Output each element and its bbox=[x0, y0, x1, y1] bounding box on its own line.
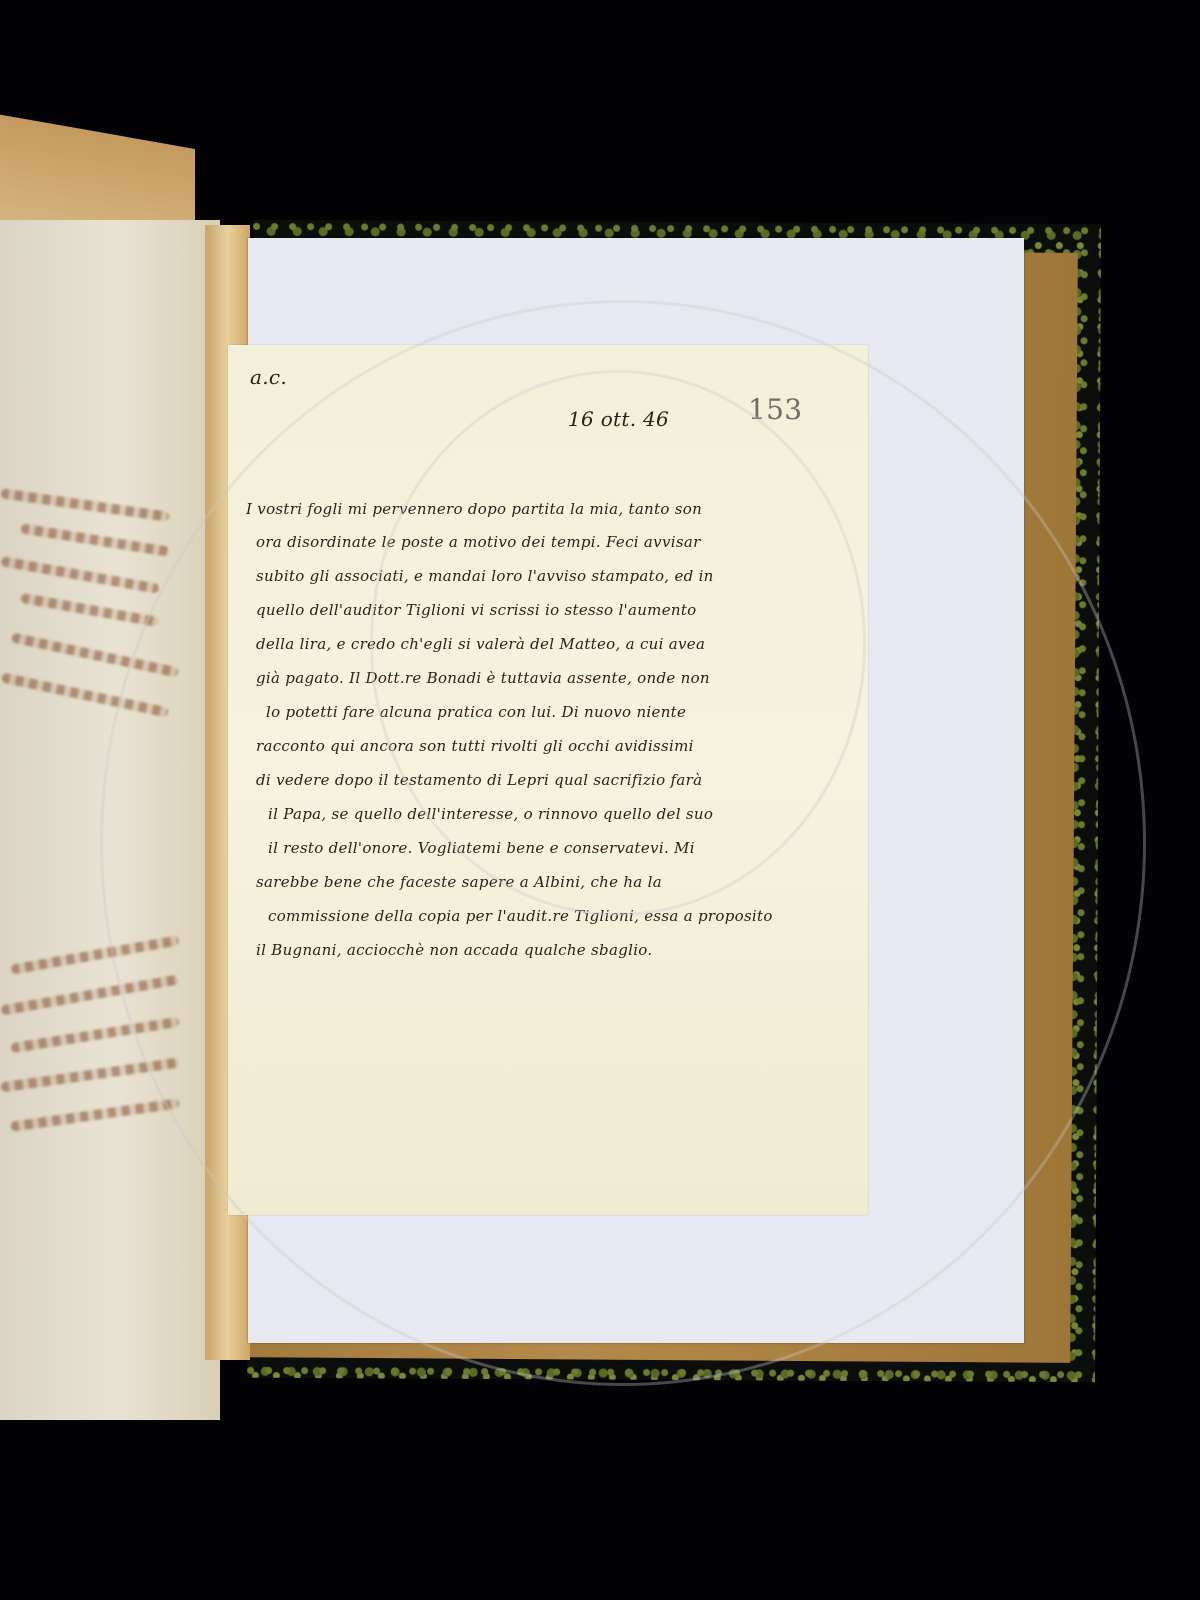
facing-page bbox=[0, 220, 220, 1420]
folio-number: 153 bbox=[748, 393, 802, 426]
letter-date: 16 ott. 46 bbox=[568, 407, 669, 431]
text-line: I vostri fogli mi pervennero dopo partit… bbox=[246, 500, 856, 518]
text-line: commissione della copia per l'audit.re T… bbox=[268, 907, 878, 925]
text-line: sarebbe bene che faceste sapere a Albini… bbox=[256, 873, 866, 891]
text-line: il resto dell'onore. Vogliatemi bene e c… bbox=[268, 839, 878, 857]
text-line: quello dell'auditor Tiglioni vi scrissi … bbox=[256, 601, 866, 619]
text-line: il Bugnani, acciocchè non accada qualche… bbox=[256, 941, 866, 959]
text-line: della lira, e credo ch'egli si valerà de… bbox=[256, 635, 866, 653]
text-line: di vedere dopo il testamento di Lepri qu… bbox=[256, 771, 866, 789]
text-line: racconto qui ancora son tutti rivolti gl… bbox=[256, 737, 866, 755]
text-line: il Papa, se quello dell'interesse, o rin… bbox=[268, 805, 878, 823]
text-line: ora disordinate le poste a motivo dei te… bbox=[256, 533, 866, 551]
text-line: subito gli associati, e mandai loro l'av… bbox=[256, 567, 866, 585]
manuscript-letter: a.c. 16 ott. 46 153 I vostri fogli mi pe… bbox=[228, 345, 868, 1215]
text-line: lo potetti fare alcuna pratica con lui. … bbox=[266, 703, 876, 721]
corner-annotation: a.c. bbox=[250, 365, 287, 389]
text-line: già pagato. Il Dott.re Bonadi è tuttavia… bbox=[256, 669, 866, 687]
